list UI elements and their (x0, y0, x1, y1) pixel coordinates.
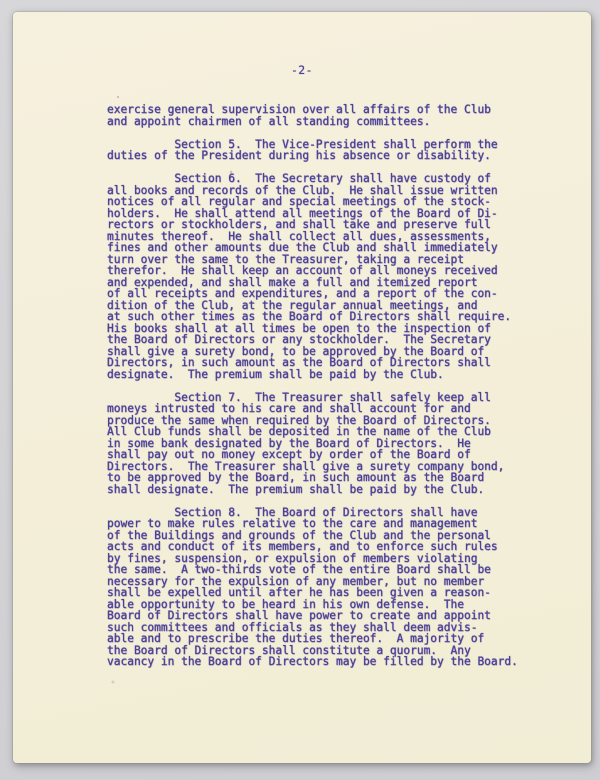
text-line: to be approved by the Board, in such amo… (107, 472, 547, 484)
text-line: exercise general supervision over all af… (107, 104, 547, 116)
scan-background: -2- exercise general supervision over al… (0, 0, 600, 780)
paragraph-2: Section 6. The Secretary shall have cust… (107, 173, 547, 380)
text-line: at such other times as the Board of Dire… (107, 311, 547, 323)
text-line: fines and other amounts due the Club and… (107, 242, 547, 254)
text-line: moneys intrusted to his care and shall a… (107, 403, 547, 415)
document-body: exercise general supervision over all af… (107, 104, 547, 668)
paragraph-0: exercise general supervision over all af… (107, 104, 547, 127)
page-number: -2- (13, 63, 591, 77)
text-line: and appoint chairmen of all standing com… (107, 116, 547, 128)
text-line: shall be expelled until after he has bee… (107, 587, 547, 599)
text-line: therefor. He shall keep an account of al… (107, 265, 547, 277)
document-page: -2- exercise general supervision over al… (13, 12, 591, 763)
text-line: Directors, in such amount as the Board o… (107, 357, 547, 369)
text-line: acts and conduct of its members, and to … (107, 541, 547, 553)
text-line: rectors or stockholders, and shall take … (107, 219, 547, 231)
text-line: of all receipts and expenditures, and a … (107, 288, 547, 300)
text-line: Section 6. The Secretary shall have cust… (107, 173, 547, 185)
paragraph-1: Section 5. The Vice-President shall perf… (107, 139, 547, 162)
paragraph-3: Section 7. The Treasurer shall safely ke… (107, 392, 547, 496)
text-line: able and to prescribe the duties thereof… (107, 633, 547, 645)
text-line: power to make rules relative to the care… (107, 518, 547, 530)
paragraph-4: Section 8. The Board of Directors shall … (107, 507, 547, 668)
text-line: the same. A two-thirds vote of the entir… (107, 564, 547, 576)
text-line: the Board of Directors or any stockholde… (107, 334, 547, 346)
text-line: Board of Directors shall have power to c… (107, 610, 547, 622)
text-line: shall designate. The premium shall be pa… (107, 484, 547, 496)
text-line: shall pay out no money except by order o… (107, 449, 547, 461)
text-line: duties of the President during his absen… (107, 150, 547, 162)
text-line: notices of all regular and special meeti… (107, 196, 547, 208)
text-line: All Club funds shall be deposited in the… (107, 426, 547, 438)
text-line: vacancy in the Board of Directors may be… (107, 656, 547, 668)
text-line: designate. The premium shall be paid by … (107, 369, 547, 381)
